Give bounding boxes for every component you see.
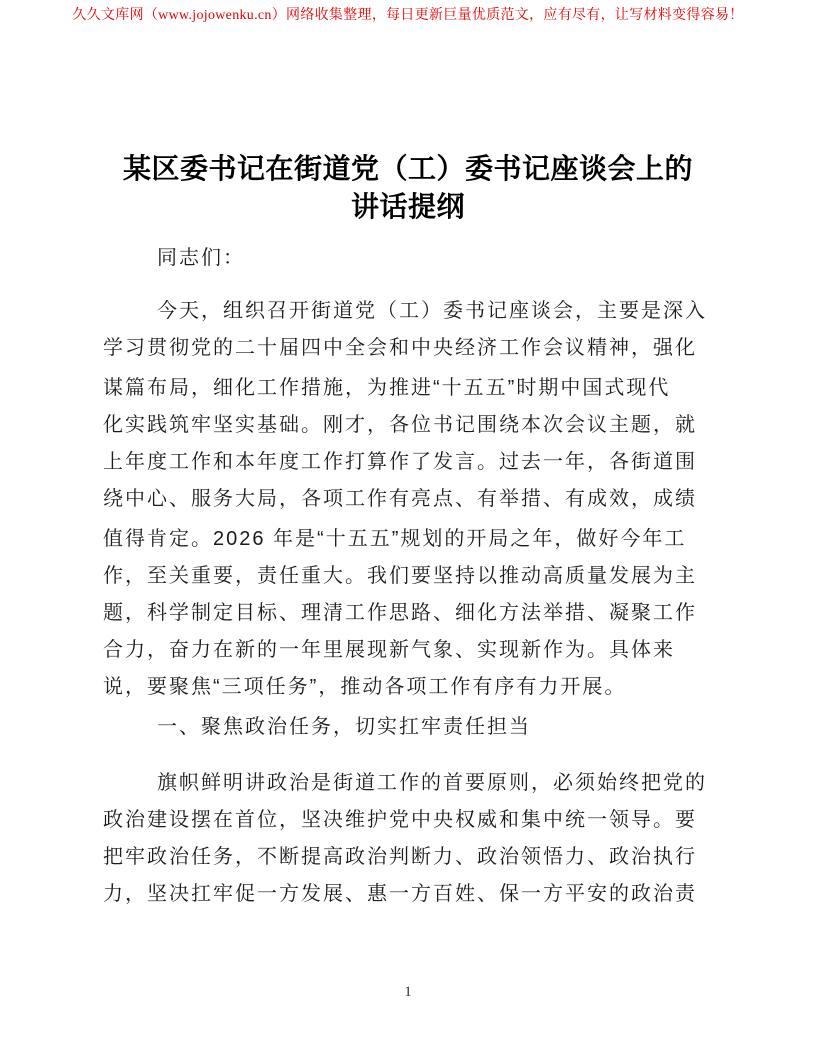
body-line: 值得肯定。2026 年是“十五五”规划的开局之年，做好今年工	[103, 521, 703, 558]
site-notice-banner: 久久文库网（www.jojowenku.cn）网络收集整理，每日更新巨量优质范文…	[0, 7, 816, 25]
body-line: 谋篇布局，细化工作措施，为推进“十五五”时期中国式现代	[103, 370, 703, 407]
body-line: 题，科学制定目标、理清工作思路、细化方法举措、凝聚工作	[103, 595, 703, 632]
document-title: 某区委书记在街道党（工）委书记座谈会上的 讲话提纲	[0, 150, 816, 226]
body-line: 合力，奋力在新的一年里展现新气象、实现新作为。具体来	[103, 632, 703, 669]
body-line: 上年度工作和本年度工作打算作了发言。过去一年，各街道围	[103, 444, 703, 481]
body-line: 把牢政治任务，不断提高政治判断力、政治领悟力、政治执行	[103, 839, 703, 876]
page-number: 1	[0, 984, 816, 1001]
document-title-line-1: 某区委书记在街道党（工）委书记座谈会上的	[0, 150, 816, 188]
body-line: 说，要聚焦“三项任务”，推动各项工作有序有力开展。	[103, 669, 703, 706]
body-line: 作，至关重要，责任重大。我们要坚持以推动高质量发展为主	[103, 558, 703, 595]
body-line: 旗帜鲜明讲政治是街道工作的首要原则，必须始终把党的	[103, 765, 703, 802]
body-line: 力，坚决扛牢促一方发展、惠一方百姓、保一方平安的政治责	[103, 876, 703, 913]
body-line: 化实践筑牢坚实基础。刚才，各位书记围绕本次会议主题，就	[103, 407, 703, 444]
body-line: 绕中心、服务大局，各项工作有亮点、有举措、有成效，成绩	[103, 481, 703, 518]
body-line: 今天，组织召开街道党（工）委书记座谈会，主要是深入	[103, 293, 703, 330]
salutation-line: 同志们：	[103, 240, 703, 277]
document-title-line-2: 讲话提纲	[0, 188, 816, 226]
body-line: 政治建设摆在首位，坚决维护党中央权威和集中统一领导。要	[103, 802, 703, 839]
section-heading: 一、聚焦政治任务，切实扛牢责任担当	[103, 709, 703, 746]
document-body: 同志们： 今天，组织召开街道党（工）委书记座谈会，主要是深入 学习贯彻党的二十届…	[103, 240, 703, 913]
body-line: 学习贯彻党的二十届四中全会和中央经济工作会议精神，强化	[103, 330, 703, 367]
document-page: 久久文库网（www.jojowenku.cn）网络收集整理，每日更新巨量优质范文…	[0, 0, 816, 1056]
